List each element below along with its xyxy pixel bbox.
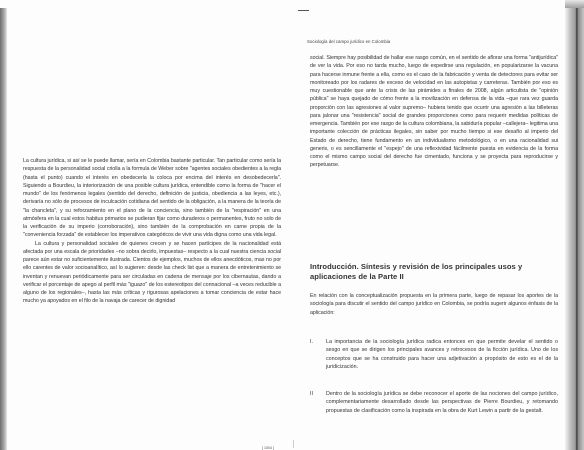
left-page-body: La cultura jurídica, si así se le puede … bbox=[23, 157, 281, 306]
paragraph: En relación con la conceptualización pro… bbox=[310, 292, 558, 317]
paragraph: La cultura jurídica, si así se le puede … bbox=[23, 157, 281, 240]
list-text: Dentro de la sociología jurídica se debe… bbox=[326, 390, 558, 415]
running-head: Sociología del campo jurídico en Colombi… bbox=[307, 39, 390, 44]
left-page: La cultura jurídica, si así se le puede … bbox=[7, 0, 292, 450]
right-page-body: social. Siempre hay posibilidad de halla… bbox=[310, 54, 558, 170]
list-number: II bbox=[310, 390, 324, 398]
paragraph: social. Siempre hay posibilidad de halla… bbox=[310, 54, 558, 170]
paragraph: La cultura y personalidad sociales de qu… bbox=[23, 240, 281, 306]
right-page: Sociología del campo jurídico en Colombi… bbox=[292, 0, 565, 450]
list-number: I. bbox=[310, 338, 324, 346]
page-number: [ 1004 ] bbox=[262, 446, 274, 450]
list-item: II Dentro de la sociología jurídica se d… bbox=[310, 390, 558, 415]
scan-edge-left bbox=[0, 8, 7, 450]
list-text: La importancia de la sociología jurídica… bbox=[326, 338, 558, 371]
scan-edge-right bbox=[565, 8, 584, 450]
section-intro: En relación con la conceptualización pro… bbox=[310, 292, 558, 317]
list-item: I. La importancia de la sociología juríd… bbox=[310, 338, 558, 371]
section-title: Introducción. Síntesis y revisión de los… bbox=[310, 262, 560, 281]
header-rule bbox=[298, 10, 309, 11]
